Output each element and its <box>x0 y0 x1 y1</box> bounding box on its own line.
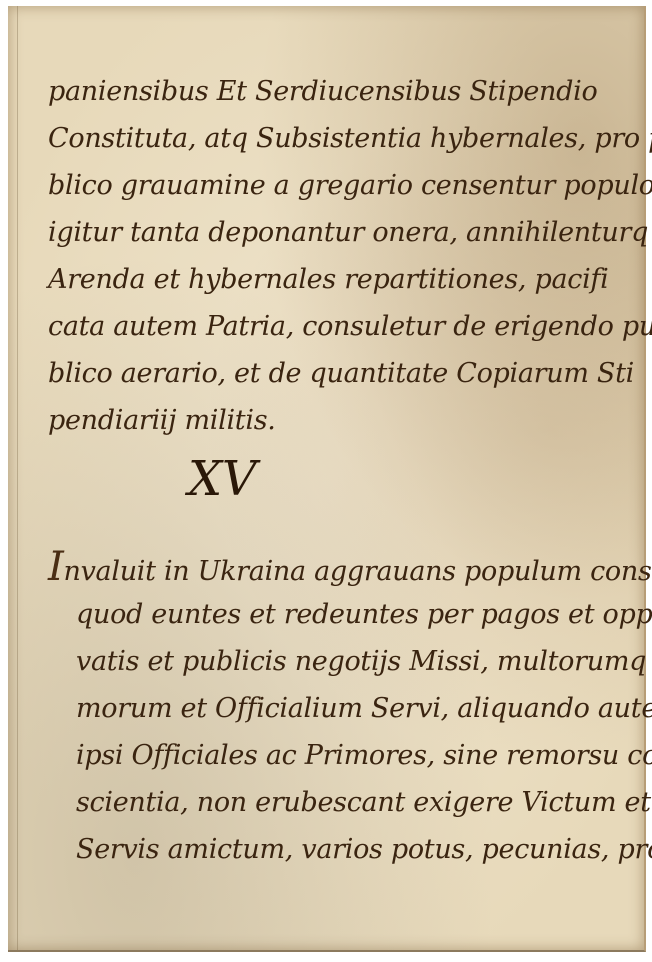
text-line: blico aerario, et de quantitate Copiarum… <box>48 350 638 397</box>
spacer <box>48 514 638 544</box>
text-line: scientia, non erubescant exigere Victum … <box>48 779 638 826</box>
text-line: Servis amictum, varios potus, pecunias, … <box>48 826 638 873</box>
text-line: Arenda et hybernales repartitiones, paci… <box>48 256 638 303</box>
text-line: cata autem Patria, consuletur de erigend… <box>48 303 638 350</box>
text-line: pendiariij militis. <box>48 397 638 444</box>
manuscript-page: paniensibus Et Serdiucensibus Stipendio … <box>8 6 646 952</box>
text-line: nvaluit in Ukraina aggrauans populum con… <box>64 556 652 587</box>
text-line: quod euntes et redeuntes per pagos et op… <box>48 591 638 638</box>
initial-letter: I <box>48 544 64 590</box>
text-line: blico grauamine a gregario censentur pop… <box>48 162 638 209</box>
text-line: vatis et publicis negotijs Missi, multor… <box>48 638 638 685</box>
manuscript-text: paniensibus Et Serdiucensibus Stipendio … <box>48 68 638 873</box>
text-line: morum et Officialium Servi, aliquando au… <box>48 685 638 732</box>
text-line: paniensibus Et Serdiucensibus Stipendio <box>48 68 638 115</box>
section-heading: XV <box>48 444 638 514</box>
text-line-with-initial: Invaluit in Ukraina aggrauans populum co… <box>48 544 638 591</box>
text-line: Constituta, atq Subsistentia hybernales,… <box>48 115 638 162</box>
text-line: igitur tanta deponantur onera, annihilen… <box>48 209 638 256</box>
text-line: ipsi Officiales ac Primores, sine remors… <box>48 732 638 779</box>
